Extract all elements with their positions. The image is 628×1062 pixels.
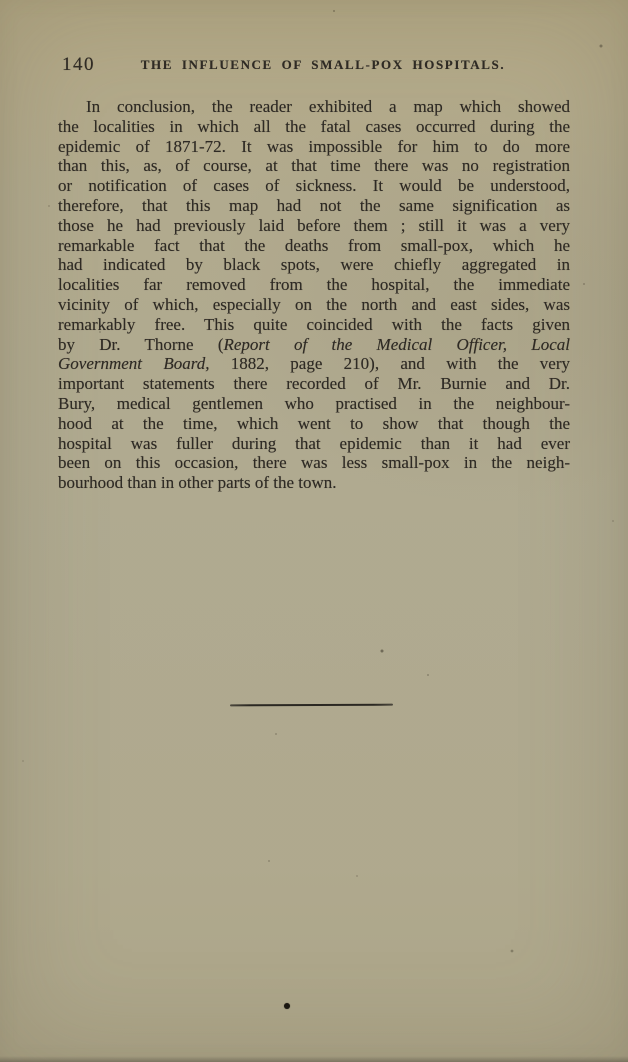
text-segment: remarkable fact that the deaths from sma… — [58, 236, 570, 255]
scanned-book-page: { "document": { "page_number": "140", "r… — [0, 0, 628, 1062]
text-line: been on this occasion, there was less sm… — [58, 453, 570, 473]
text-line: vicinity of which, especially on the nor… — [58, 295, 570, 315]
text-segment: In conclusion, the reader exhibited a ma… — [86, 97, 570, 116]
text-line: hood at the time, which went to show tha… — [58, 414, 570, 434]
page-header: 140 THE INFLUENCE OF SMALL-POX HOSPITALS… — [58, 54, 570, 76]
text-line: In conclusion, the reader exhibited a ma… — [58, 97, 570, 117]
text-segment: bourhood than in other parts of the town… — [58, 473, 337, 492]
section-divider-rule — [230, 704, 393, 707]
text-segment: hospital was fuller during that epidemic… — [58, 434, 570, 453]
text-segment: those he had previously laid before them… — [58, 216, 570, 235]
text-line: remarkably free. This quite coincided wi… — [58, 315, 570, 335]
text-segment: vicinity of which, especially on the nor… — [58, 295, 570, 314]
text-line: epidemic of 1871-72. It was impossible f… — [58, 137, 570, 157]
book-page: 140 THE INFLUENCE OF SMALL-POX HOSPITALS… — [0, 0, 628, 1062]
text-segment: the localities in which all the fatal ca… — [58, 117, 570, 136]
text-line: hospital was fuller during that epidemic… — [58, 434, 570, 454]
text-line: important statements there recorded of M… — [58, 374, 570, 394]
scan-bottom-edge — [0, 1056, 628, 1062]
paper-specks — [0, 0, 2, 2]
text-line: the localities in which all the fatal ca… — [58, 117, 570, 137]
text-segment: localities far removed from the hospital… — [58, 275, 570, 294]
text-line: or notification of cases of sickness. It… — [58, 176, 570, 196]
text-line: Government Board, 1882, page 210), and w… — [58, 354, 570, 374]
text-line: had indicated by black spots, were chief… — [58, 255, 570, 275]
text-line: localities far removed from the hospital… — [58, 275, 570, 295]
text-line: therefore, that this map had not the sam… — [58, 196, 570, 216]
text-line: remarkable fact that the deaths from sma… — [58, 236, 570, 256]
text-segment: hood at the time, which went to show tha… — [58, 414, 570, 433]
text-segment: by Dr. Thorne ( — [58, 335, 223, 354]
italic-citation: Government Board, — [58, 354, 209, 373]
text-segment: been on this occasion, there was less sm… — [58, 453, 570, 472]
text-segment: Bury, medical gentlemen who practised in… — [58, 394, 570, 413]
text-segment: or notification of cases of sickness. It… — [58, 176, 570, 195]
text-segment: therefore, that this map had not the sam… — [58, 196, 570, 215]
text-segment: epidemic of 1871-72. It was impossible f… — [58, 137, 570, 156]
text-segment: remarkably free. This quite coincided wi… — [58, 315, 570, 334]
italic-citation: Report of the Medical Officer, Local — [223, 335, 570, 354]
text-segment: than this, as, of course, at that time t… — [58, 156, 570, 175]
text-line: Bury, medical gentlemen who practised in… — [58, 394, 570, 414]
running-head: THE INFLUENCE OF SMALL-POX HOSPITALS. — [58, 54, 570, 73]
text-segment: important statements there recorded of M… — [58, 374, 570, 393]
text-line: those he had previously laid before them… — [58, 216, 570, 236]
text-segment: 1882, page 210), and with the very — [209, 354, 570, 373]
text-line: bourhood than in other parts of the town… — [58, 473, 570, 493]
text-segment: had indicated by black spots, were chief… — [58, 255, 570, 274]
text-line: by Dr. Thorne (Report of the Medical Off… — [58, 335, 570, 355]
page-number: 140 — [62, 54, 95, 76]
body-paragraph: In conclusion, the reader exhibited a ma… — [58, 97, 570, 493]
ink-dot — [284, 1003, 290, 1009]
text-line: than this, as, of course, at that time t… — [58, 156, 570, 176]
